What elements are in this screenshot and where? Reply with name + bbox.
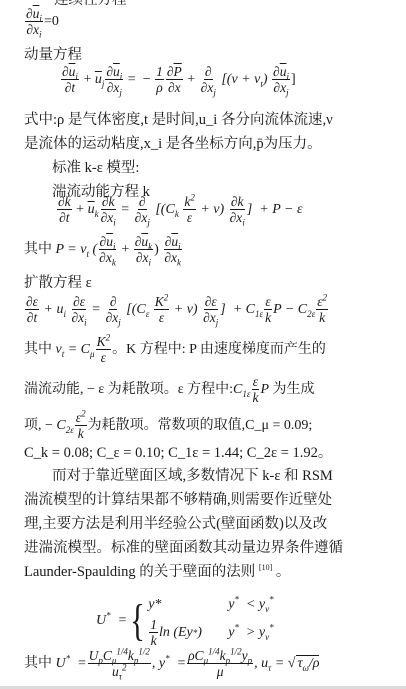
final-definitions: 其中 U* = UpCμ1/4kp1/2uτ2 , y* = ρCμ1/4kp1… [24, 648, 319, 679]
k-equation: ∂k∂t + uk ∂k∂xi = ∂∂xj [(Ck k2ε + ν) ∂k∂… [56, 194, 303, 225]
wall-paragraph-line-5: Launder-Spaulding 的关于壁面的法则 [10] 。 [24, 563, 290, 581]
momentum-equation: ∂ui∂t + uj ∂ui∂xj = − 1ρ ∂P∂x + ∂∂xj [(ν… [60, 64, 296, 95]
momentum-heading: 动量方程 [24, 46, 82, 64]
left-brace: { [130, 601, 145, 641]
model-heading: 标准 k-ε 模型: [52, 159, 139, 177]
definitions-line-1: 式中:ρ 是气体密度,t 是时间,u_i 各分向流体流速,ν [24, 111, 333, 129]
epsilon-equation: ∂ε∂t + ui ∂ε∂xi = ∂∂xj [(Cε K2ε + ν) ∂ε∂… [24, 294, 329, 325]
continuity-equation: ∂ui∂xi =0 [24, 6, 59, 37]
epsilon-equation-heading: 扩散方程 ε [24, 274, 92, 292]
wall-paragraph-line-4: 进湍流模型。标准的壁面函数其动量边界条件遵循 [24, 539, 343, 557]
nu-t-definition: 其中 νt = Cμ K2ε 。K 方程中: P 由速度梯度而产生的 [24, 334, 326, 365]
wall-function-equation: U* = { y* y* < yv* 1kln (Ey*) y* > yv* [96, 593, 274, 648]
citation: [10] [259, 563, 272, 572]
paper-page: 连续性方程 ∂ui∂xi =0 动量方程 ∂ui∂t + uj ∂ui∂xj =… [0, 0, 406, 686]
constants-line: C_k = 0.08; C_ε = 0.10; C_1ε = 1.44; C_2… [24, 444, 332, 462]
wall-paragraph-line-3: 理,主要方法是利用半经验公式(壁面函数)以及改 [24, 515, 327, 533]
wall-paragraph-line-2: 湍流模型的计算结果都不够精确,则需要作近壁处 [24, 491, 332, 509]
wall-paragraph-line-1: 而对于靠近壁面区域,多数情况下 k-ε 和 RSM [52, 467, 333, 485]
definitions-line-2: 是流体的运动粘度,x_i 是各坐标方向,p̄为压力。 [24, 135, 322, 153]
p-definition: 其中 P = νt ( ∂ui∂xk + ∂uk∂xi ) ∂ui∂xk [24, 234, 183, 265]
paragraph-2-line-2: 项, − C2ε ε2k 为耗散项。常数项的取值,C_μ = 0.09; [24, 410, 312, 441]
paragraph-2-line-1: 湍流动能, − ε 为耗散项。ε 方程中: C1ε εk P 为生成 [24, 374, 315, 405]
